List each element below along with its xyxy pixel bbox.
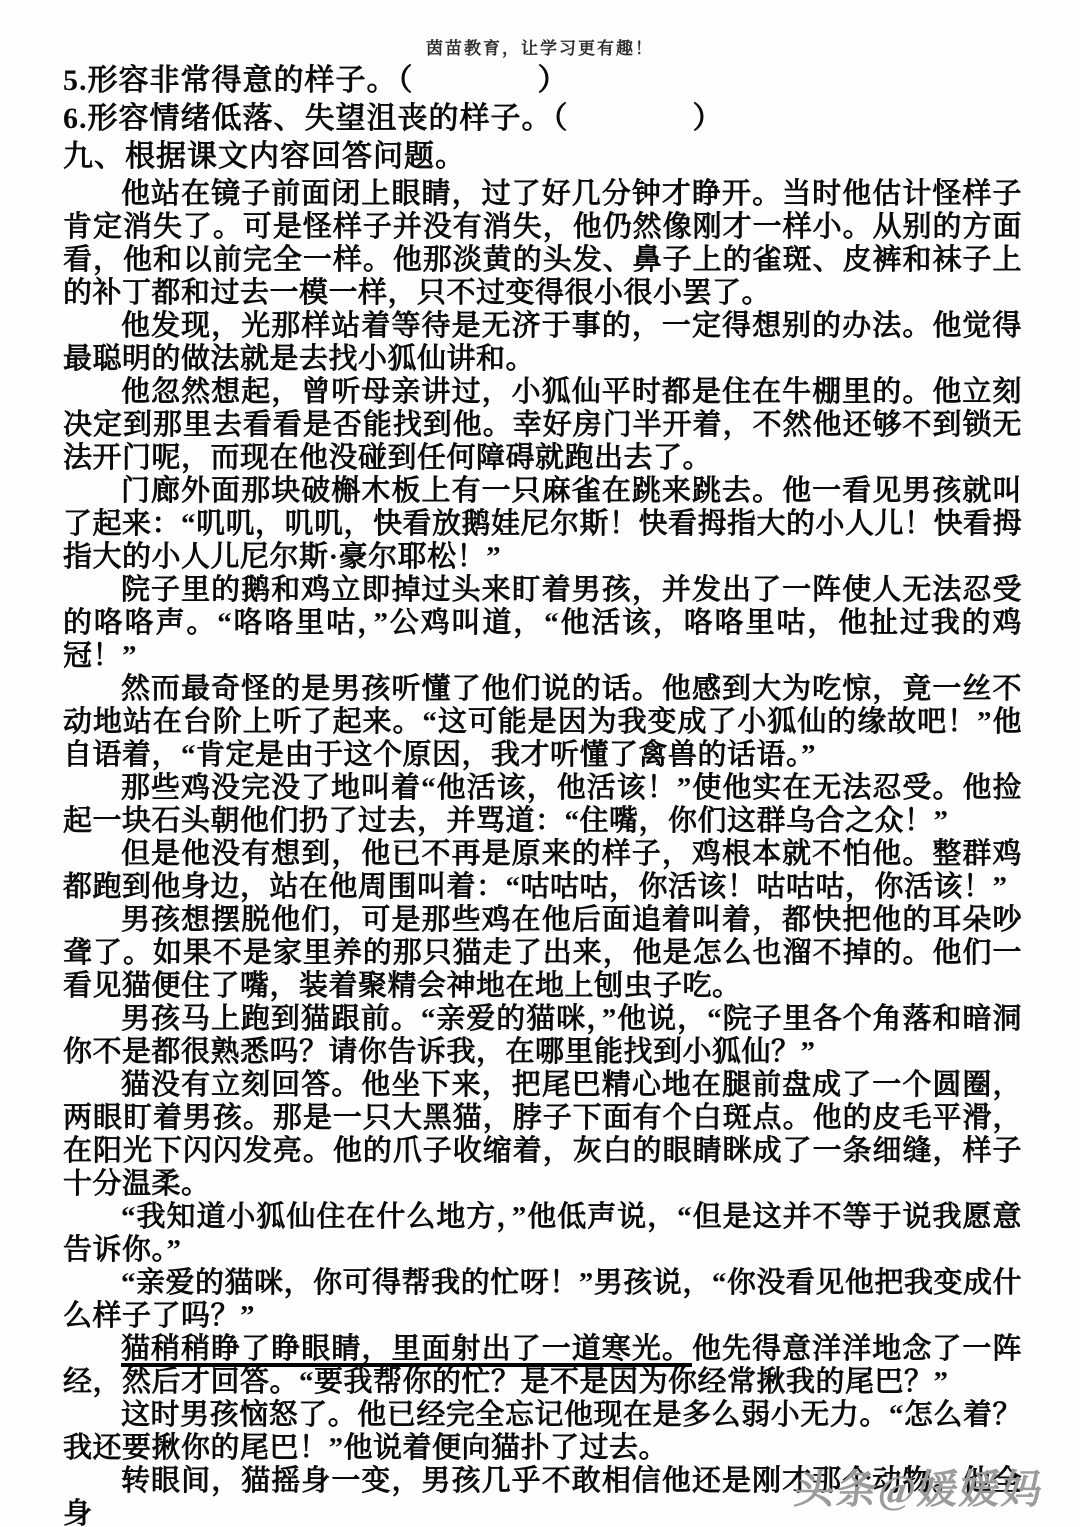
exercise-item-6: 6.形容情绪低落、失望沮丧的样子。（ ） [63, 100, 1022, 138]
paragraph-text: 但是他没有想到，他已不再是原来的样子，鸡根本就不怕他。整群鸡都跑到他身边，站在他… [63, 838, 1022, 903]
paragraph-text: 这时男孩恼怒了。他已经完全忘记他现在是多么弱小无力。“怎么着？我还要揪你的尾巴！… [63, 1399, 1022, 1464]
paragraph-text: “亲爱的猫咪，你可得帮我的忙呀！”男孩说，“你没看见他把我变成什么样子了吗？” [63, 1267, 1022, 1332]
passage-paragraph: 然而最奇怪的是男孩听懂了他们说的话。他感到大为吃惊，竟一丝不动地站在台阶上听了起… [63, 673, 1022, 772]
worksheet-page: 茵苗教育，让学习更有趣！ 5.形容非常得意的样子。（ ）6.形容情绪低落、失望沮… [0, 0, 1080, 1527]
answer-blank: （ ） [398, 64, 569, 97]
exercise-item-label: 6.形容情绪低落、失望沮丧的样子。 [63, 102, 553, 135]
paragraph-text: 院子里的鹅和鸡立即掉过头来盯着男孩，并发出了一阵使人无法忍受的咯咯声。“咯咯里咕… [63, 574, 1022, 672]
passage-paragraph: 猫没有立刻回答。他坐下来，把尾巴精心地在腿前盘成了一个圆圈，两眼盯着男孩。那是一… [63, 1069, 1022, 1201]
author-watermark: 头条@媛媛妈 [791, 1458, 1047, 1515]
exercise-item-5: 5.形容非常得意的样子。（ ） [63, 62, 1022, 100]
paragraph-text: 那些鸡没完没了地叫着“他活该，他活该！”使他实在无法忍受。他捡起一块石头朝他们扔… [63, 772, 1022, 837]
passage-paragraph: 这时男孩恼怒了。他已经完全忘记他现在是多么弱小无力。“怎么着？我还要揪你的尾巴！… [63, 1399, 1022, 1465]
paragraph-text: 猫没有立刻回答。他坐下来，把尾巴精心地在腿前盘成了一个圆圈，两眼盯着男孩。那是一… [63, 1069, 1022, 1200]
passage-paragraph: 他站在镜子前面闭上眼睛，过了好几分钟才睁开。当时他估计怪样子肯定消失了。可是怪样… [63, 178, 1022, 310]
paragraph-text: “我知道小狐仙住在什么地方，”他低声说，“但是这并不等于说我愿意告诉你。” [63, 1201, 1022, 1266]
underlined-sentence: 猫稍稍睁了睁眼睛，里面射出了一道寒光。 [121, 1333, 692, 1365]
paragraph-text: 男孩想摆脱他们，可是那些鸡在他后面追着叫着，都快把他的耳朵吵聋了。如果不是家里养… [63, 904, 1022, 1002]
passage-paragraph: 院子里的鹅和鸡立即掉过头来盯着男孩，并发出了一阵使人无法忍受的咯咯声。“咯咯里咕… [63, 574, 1022, 673]
passage-paragraph: 猫稍稍睁了睁眼睛，里面射出了一道寒光。他先得意洋洋地念了一阵经，然后才回答。“要… [63, 1333, 1022, 1399]
site-watermark: 茵苗教育，让学习更有趣！ [0, 34, 1080, 59]
passage-paragraph: 他发现，光那样站着等待是无济于事的，一定得想别的办法。他觉得最聪明的做法就是去找… [63, 310, 1022, 376]
paragraph-text: 男孩马上跑到猫跟前。“亲爱的猫咪，”他说，“院子里各个角落和暗洞你不是都很熟悉吗… [63, 1003, 1022, 1068]
worksheet-content: 5.形容非常得意的样子。（ ）6.形容情绪低落、失望沮丧的样子。（ ） 九、根据… [63, 62, 1022, 1527]
section-title: 九、根据课文内容回答问题。 [63, 138, 1022, 176]
exercise-items: 5.形容非常得意的样子。（ ）6.形容情绪低落、失望沮丧的样子。（ ） [63, 62, 1022, 138]
passage-paragraph: 他忽然想起，曾听母亲讲过，小狐仙平时都是住在牛棚里的。他立刻决定到那里去看看是否… [63, 376, 1022, 475]
passage-paragraph: “我知道小狐仙住在什么地方，”他低声说，“但是这并不等于说我愿意告诉你。” [63, 1201, 1022, 1267]
passage-paragraph: 那些鸡没完没了地叫着“他活该，他活该！”使他实在无法忍受。他捡起一块石头朝他们扔… [63, 772, 1022, 838]
passage-paragraph: “亲爱的猫咪，你可得帮我的忙呀！”男孩说，“你没看见他把我变成什么样子了吗？” [63, 1267, 1022, 1333]
paragraph-text: 他站在镜子前面闭上眼睛，过了好几分钟才睁开。当时他估计怪样子肯定消失了。可是怪样… [63, 178, 1022, 309]
paragraph-text: 他发现，光那样站着等待是无济于事的，一定得想别的办法。他觉得最聪明的做法就是去找… [63, 310, 1022, 375]
passage-paragraph: 但是他没有想到，他已不再是原来的样子，鸡根本就不怕他。整群鸡都跑到他身边，站在他… [63, 838, 1022, 904]
paragraph-text: 门廊外面那块破槲木板上有一只麻雀在跳来跳去。他一看见男孩就叫了起来：“叽叽，叽叽… [63, 475, 1022, 573]
passage-paragraph: 门廊外面那块破槲木板上有一只麻雀在跳来跳去。他一看见男孩就叫了起来：“叽叽，叽叽… [63, 475, 1022, 574]
passage-paragraph: 男孩想摆脱他们，可是那些鸡在他后面追着叫着，都快把他的耳朵吵聋了。如果不是家里养… [63, 904, 1022, 1003]
exercise-item-label: 5.形容非常得意的样子。 [63, 64, 398, 97]
passage-paragraph: 男孩马上跑到猫跟前。“亲爱的猫咪，”他说，“院子里各个角落和暗洞你不是都很熟悉吗… [63, 1003, 1022, 1069]
answer-blank: （ ） [553, 102, 724, 135]
paragraph-text: 然而最奇怪的是男孩听懂了他们说的话。他感到大为吃惊，竟一丝不动地站在台阶上听了起… [63, 673, 1022, 771]
passage: 他站在镜子前面闭上眼睛，过了好几分钟才睁开。当时他估计怪样子肯定消失了。可是怪样… [63, 178, 1022, 1527]
paragraph-text: 他忽然想起，曾听母亲讲过，小狐仙平时都是住在牛棚里的。他立刻决定到那里去看看是否… [63, 376, 1022, 474]
